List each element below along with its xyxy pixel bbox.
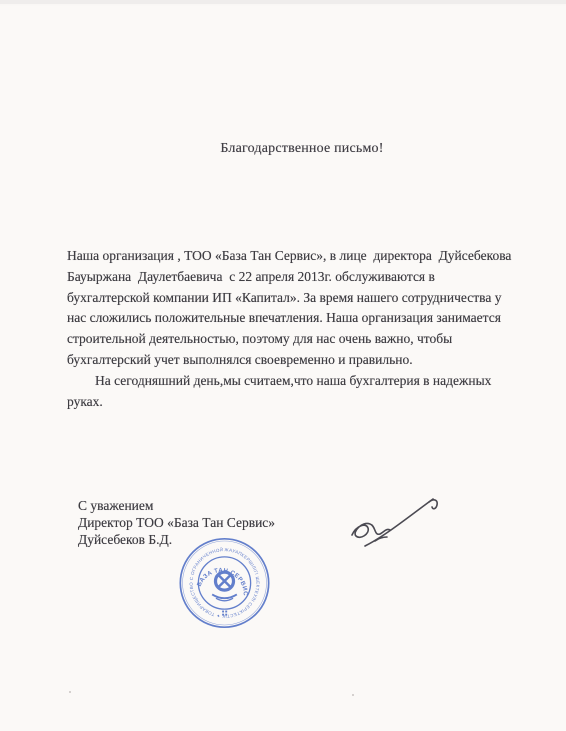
paragraph-1-line: бухгалтерской компании ИП «Капитал». За … (67, 288, 519, 309)
scan-top-edge (0, 0, 566, 4)
closing-director-title: Директор ТОО «База Тан Сервис» (78, 515, 275, 532)
paragraph-1-line: строительной деятельностью, поэтому для … (67, 329, 519, 350)
paragraph-1-line: Бауыржана Даулетбаевича с 22 апреля 2013… (67, 267, 519, 288)
paragraph-1-line: Наша организация , ТОО «База Тан Сервис»… (67, 246, 519, 267)
letter-title: Благодарственное письмо! (0, 141, 566, 157)
scan-dust-speck (352, 694, 354, 696)
scanned-letter-page: Благодарственное письмо! Наша организаци… (0, 0, 566, 731)
paragraph-1: Наша организация , ТОО «База Тан Сервис»… (67, 246, 519, 371)
scan-dust-speck (69, 691, 71, 693)
shanyrak-emblem-icon (212, 572, 237, 601)
paragraph-2-line: руках. (67, 392, 519, 413)
paragraph-1-line: нас сложились положительные впечатления.… (67, 308, 519, 329)
paragraph-2: На сегодняшний день,мы считаем,что наша … (67, 371, 519, 413)
paragraph-2-line: На сегодняшний день,мы считаем,что наша … (67, 371, 519, 392)
paragraph-1-line: бухгалтерский учет выполнялся своевремен… (67, 350, 519, 371)
stamp-outer-border-inner-line (183, 541, 267, 625)
company-stamp: ЖАУАПКЕРШІЛІГІ ШЕКТЕУЛІ СЕРІКТЕСТІК ✦ ТО… (177, 532, 272, 634)
closing-regards: С уважением (78, 498, 275, 515)
handwritten-signature-ink (345, 489, 460, 551)
